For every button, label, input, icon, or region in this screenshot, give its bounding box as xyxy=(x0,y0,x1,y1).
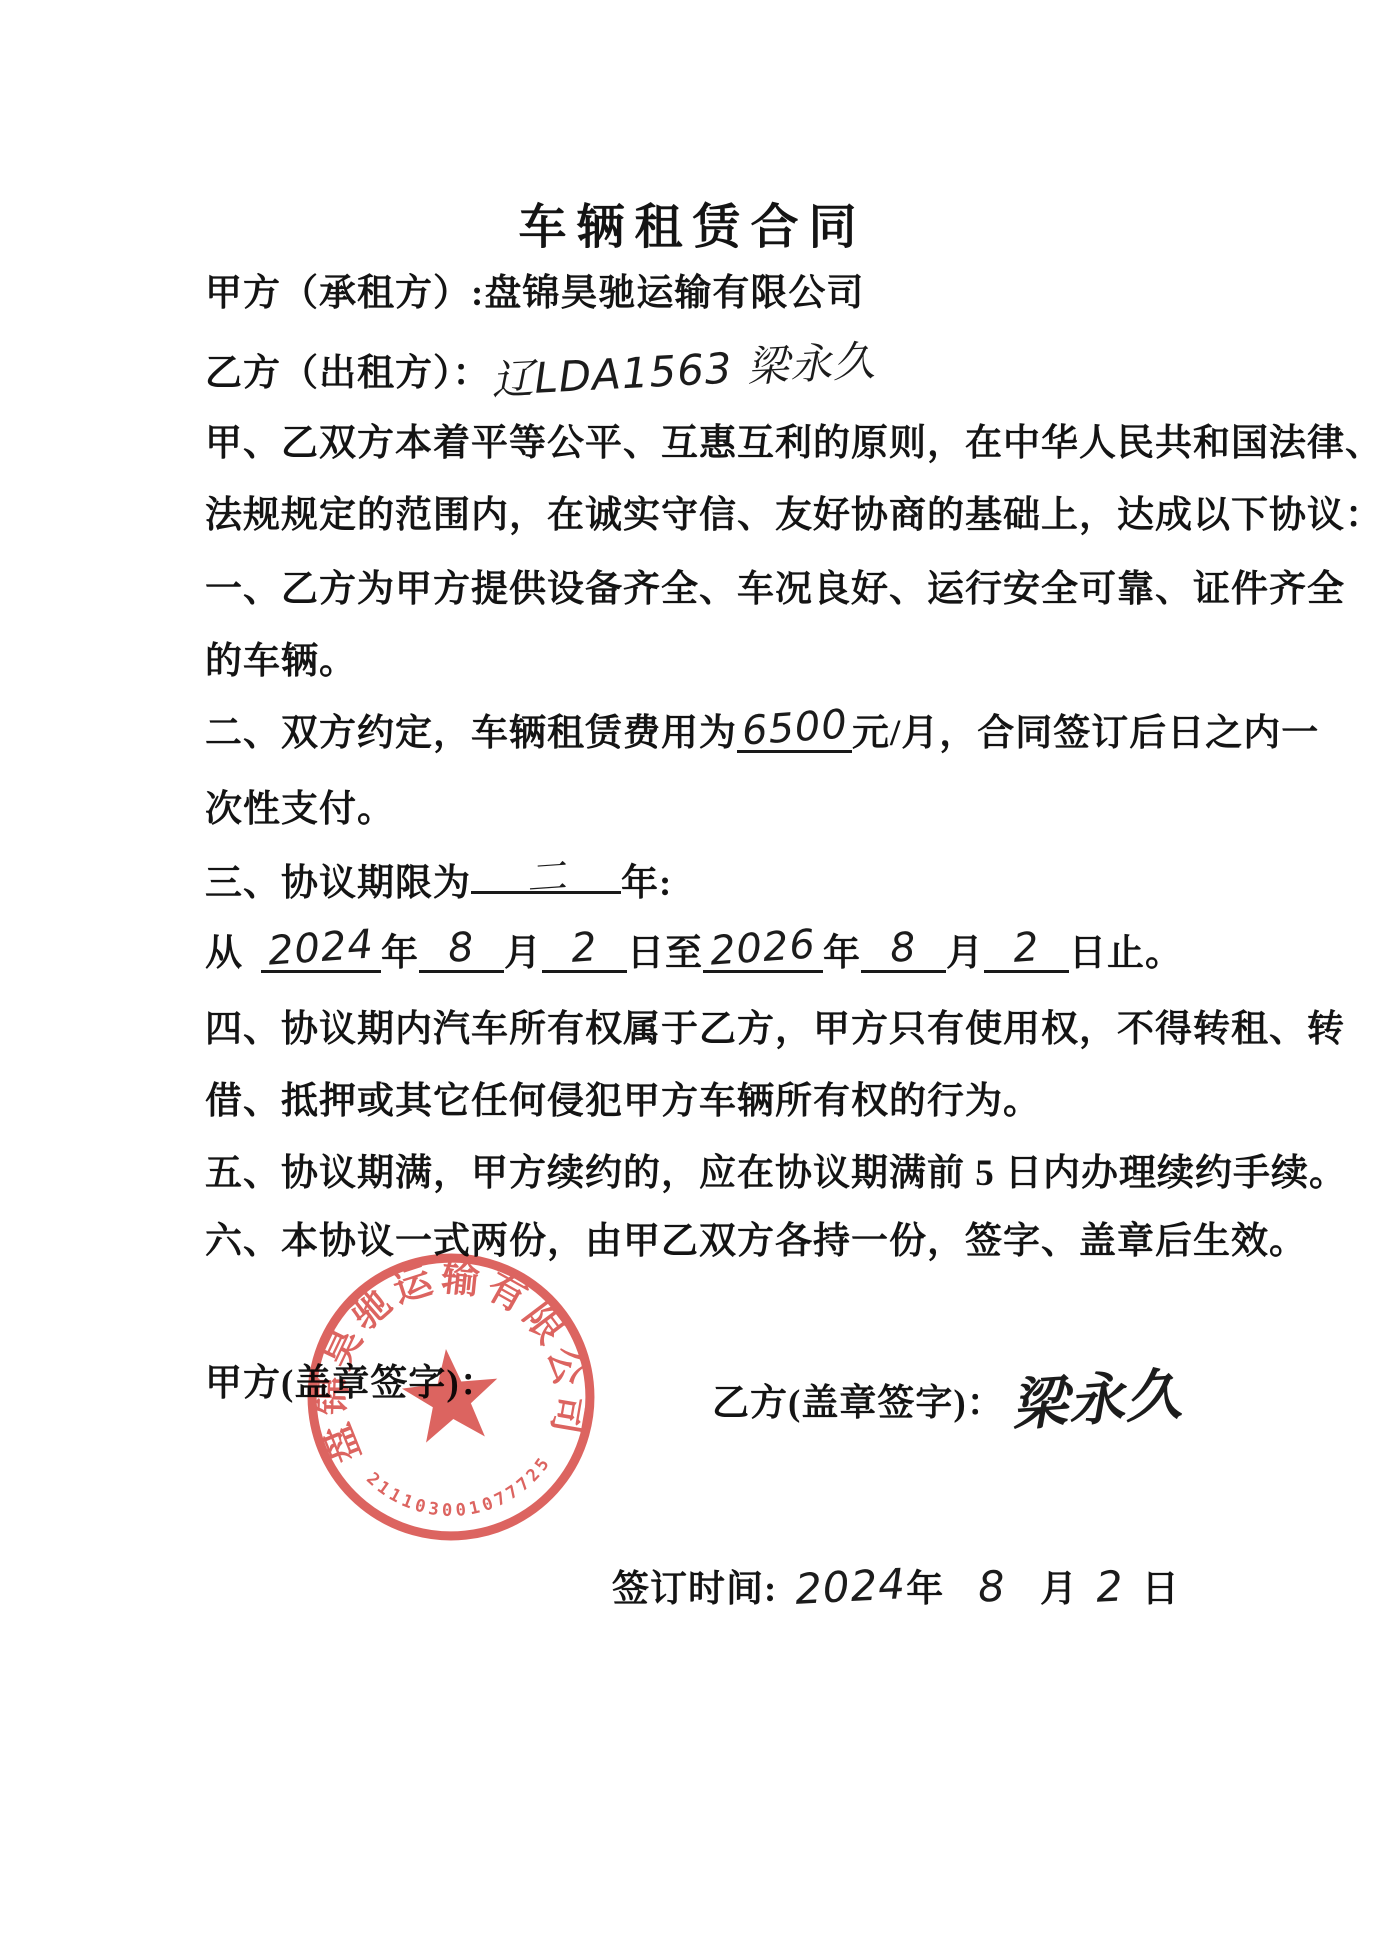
from-month-handwritten: 8 xyxy=(447,924,477,972)
party-b-signature-handwritten: 梁永久 xyxy=(1008,1350,1184,1442)
signing-date-label: 签订时间: xyxy=(612,1569,777,1610)
party-b-signature-line: 乙方(盖章签字)：梁永久 xyxy=(712,1352,1332,1432)
from-year-handwritten: 2024 xyxy=(267,921,376,974)
from-day-blank: 2 xyxy=(542,929,627,973)
contract-page: 车辆租赁合同 甲方（承租方）:盘锦昊驰运输有限公司 乙方（出租方）：辽LDA15… xyxy=(0,0,1385,1958)
clause2-line-1: 二、双方约定，车辆租赁费用为6500元/月，合同签订后日之内一 xyxy=(205,702,1215,756)
from-month-blank: 8 xyxy=(419,929,504,973)
stamp-star-icon xyxy=(398,1344,503,1445)
signing-month-handwritten: 8 xyxy=(977,1561,1007,1611)
signing-year-unit: 年 xyxy=(906,1569,944,1610)
term-handwritten: 二 xyxy=(524,845,569,905)
rental-fee-blank: 6500 xyxy=(737,709,852,753)
preamble-line-2: 法规规定的范围内，在诚实守信、友好协商的基础上，达成以下协议： xyxy=(205,484,1215,538)
party-b-signature-label: 乙方(盖章签字)： xyxy=(712,1383,1005,1424)
to-day-handwritten: 2 xyxy=(1012,924,1042,972)
clause2-suffix: 元/月，合同签订后日之内一 xyxy=(852,713,1319,754)
period-from-label: 从 xyxy=(205,933,243,974)
clause1-line-1: 一、乙方为甲方提供设备齐全、车况良好、运行安全可靠、证件齐全 xyxy=(205,558,1215,612)
signing-date-line: 签订时间:2024年8月2日 xyxy=(612,1558,1312,1612)
from-month-unit: 月 xyxy=(504,933,542,974)
to-year-handwritten: 2026 xyxy=(709,921,818,974)
party-a-line: 甲方（承租方）:盘锦昊驰运输有限公司 xyxy=(205,262,1215,316)
rental-fee-handwritten: 6500 xyxy=(740,701,849,754)
clause5-line: 五、协议期满，甲方续约的，应在协议期满前 5 日内办理续约手续。 xyxy=(205,1142,1215,1196)
period-to-label: 日至 xyxy=(627,933,703,974)
clause2-line-2: 次性支付。 xyxy=(205,778,1215,832)
party-b-handwritten-value: 辽LDA1563 梁永久 xyxy=(489,328,876,408)
party-a-label: 甲方（承租方）: xyxy=(205,273,484,314)
preamble-line-1: 甲、乙双方本着平等公平、互惠互利的原则，在中华人民共和国法律、 xyxy=(205,412,1215,466)
document-title: 车辆租赁合同 xyxy=(0,188,1385,257)
clause3-prefix: 三、协议期限为 xyxy=(205,863,471,904)
clause4-line-1: 四、协议期内汽车所有权属于乙方，甲方只有使用权，不得转租、转 xyxy=(205,998,1215,1052)
period-end-label: 日止。 xyxy=(1069,933,1183,974)
clause2-prefix: 二、双方约定，车辆租赁费用为 xyxy=(205,713,737,754)
from-day-handwritten: 2 xyxy=(570,924,600,972)
period-line: 从2024年8月2日至2026年8月2日止。 xyxy=(205,922,1215,976)
to-day-blank: 2 xyxy=(984,929,1069,973)
company-stamp: 盘锦昊驰运输有限公司 211103001077725 xyxy=(285,1231,617,1563)
clause1-line-2: 的车辆。 xyxy=(205,630,1215,684)
to-month-handwritten: 8 xyxy=(889,924,919,972)
clause3-line: 三、协议期限为二年: xyxy=(205,850,1215,906)
from-year-unit: 年 xyxy=(381,933,419,974)
to-year-unit: 年 xyxy=(823,933,861,974)
to-month-blank: 8 xyxy=(861,929,946,973)
signing-year-handwritten: 2024 xyxy=(794,1559,907,1614)
party-b-label: 乙方（出租方）： xyxy=(205,353,491,394)
party-a-name: 盘锦昊驰运输有限公司 xyxy=(484,273,864,314)
to-month-unit: 月 xyxy=(946,933,984,974)
to-year-blank: 2026 xyxy=(703,929,823,973)
signing-day-handwritten: 2 xyxy=(1095,1561,1125,1611)
signing-month-unit: 月 xyxy=(1040,1569,1078,1610)
term-blank: 二 xyxy=(471,850,621,894)
signing-day-unit: 日 xyxy=(1142,1569,1180,1610)
clause3-suffix: 年: xyxy=(621,863,672,904)
from-year-blank: 2024 xyxy=(261,929,381,973)
clause4-line-2: 借、抵押或其它任何侵犯甲方车辆所有权的行为。 xyxy=(205,1070,1215,1124)
party-b-line: 乙方（出租方）：辽LDA1563 梁永久 xyxy=(205,338,1215,398)
